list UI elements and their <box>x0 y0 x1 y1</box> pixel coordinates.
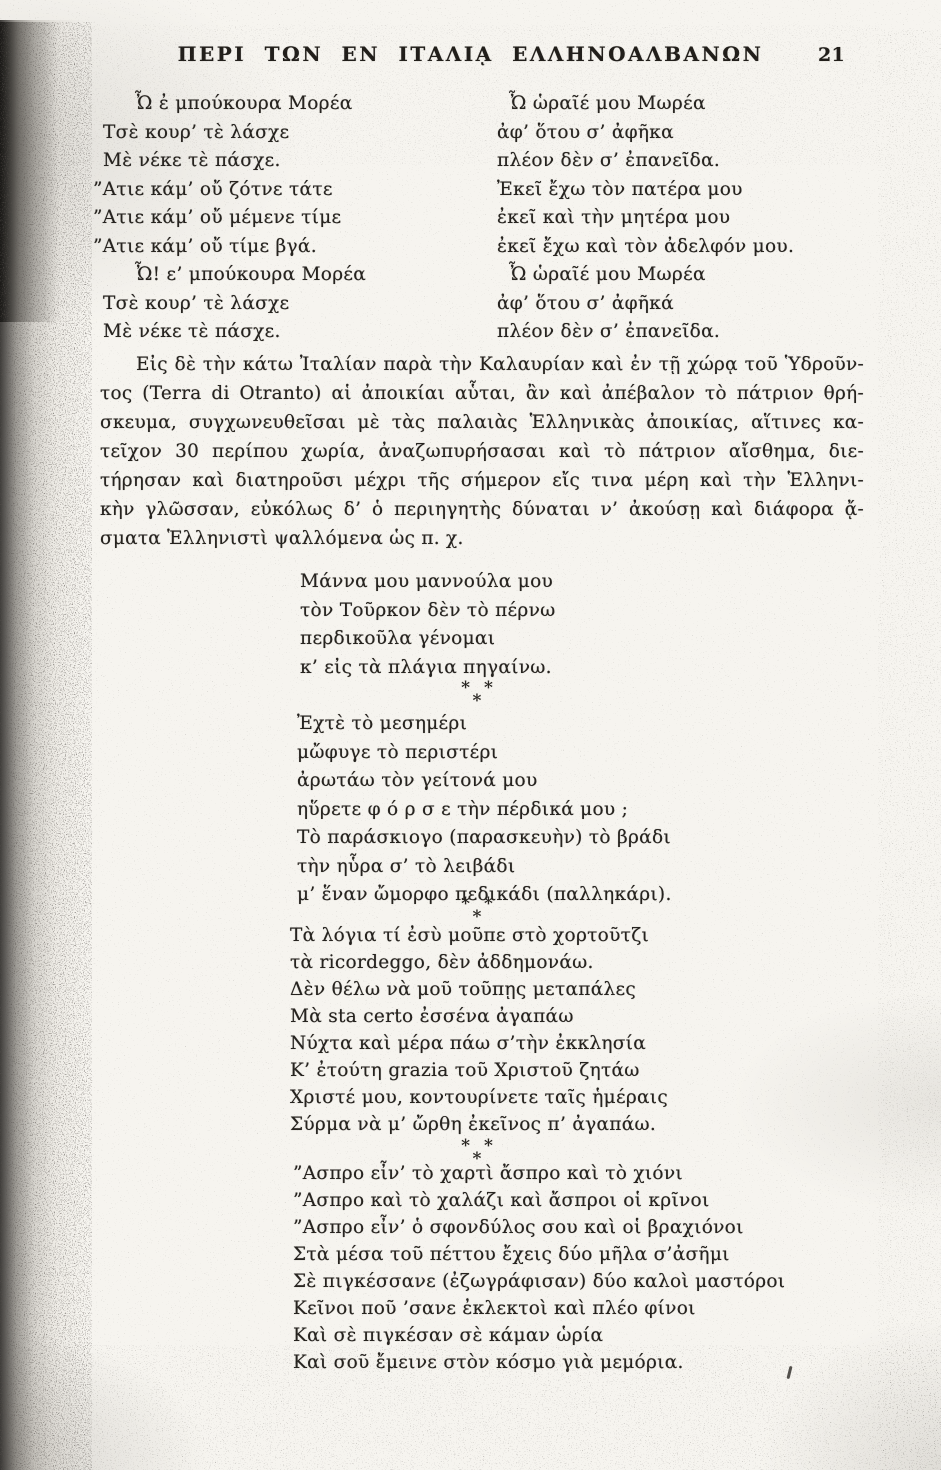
verse-line: ἀφ’ ὅτου σ’ ἀφῆκά <box>497 290 794 319</box>
prose-line: τος (Terra di Otranto) αἱ ἀποικίαι αὗται… <box>100 379 864 408</box>
verse-line: Τὸ παράσκιογο (παρασκευὴν) τὸ βράδι <box>297 824 672 853</box>
scan-binding-shadow <box>0 20 86 1470</box>
verse-line: πλέον δὲν σ’ ἐπανεῖδα. <box>497 318 794 347</box>
verse-line: ἐκεῖ καὶ τὴν μητέρα μου <box>497 204 794 233</box>
verse-line: ”Ατιε κάμ’ οὔ τίμε βγά. <box>93 233 366 262</box>
prose-line: Εἰς δὲ τὴν κάτω Ἰταλίαν παρὰ τὴν Καλαυρί… <box>100 350 864 379</box>
page-title: ΠΕΡΙ ΤΩΝ ΕΝ ΙΤΑΛΙᾼ ΕΛΛΗΝΟΑΛΒΑΝΩΝ <box>178 42 764 66</box>
verse-line: Δὲν θέλω νὰ μοῦ τοῦπῃς μεταπάλες <box>290 976 668 1003</box>
verse-line: Κ’ ἐτούτη grazia τοῦ Χριστοῦ ζητάω <box>290 1057 668 1084</box>
verse-line: ”Ατιε κάμ’ οὔ ζότνε τάτε <box>93 176 366 205</box>
page-header: ΠΕΡΙ ΤΩΝ ΕΝ ΙΤΑΛΙᾼ ΕΛΛΗΝΟΑΛΒΑΝΩΝ <box>0 42 941 66</box>
scanned-book-page: ΠΕΡΙ ΤΩΝ ΕΝ ΙΤΑΛΙᾼ ΕΛΛΗΝΟΑΛΒΑΝΩΝ 21 Ὦ ἐ … <box>0 0 941 1470</box>
verse-line: Ἐκεῖ ἔχω τὸν πατέρα μου <box>497 176 794 205</box>
verse-line: Καὶ σοῦ ἔμεινε στὸν κόσμο γιὰ μεμόρια. <box>293 1349 785 1376</box>
prose-paragraph: Εἰς δὲ τὴν κάτω Ἰταλίαν παρὰ τὴν Καλαυρί… <box>100 350 864 553</box>
prose-line: κὴν γλῶσσαν, εὐκόλως δ’ ὁ περιηγητὴς δύν… <box>100 495 864 524</box>
verse-line: τὴν ηὗρα σ’ τὸ λειβάδι <box>297 853 672 882</box>
verse-line: Κεῖνοι ποῦ ’σανε ἐκλεκτοὶ καὶ πλέο φίνοι <box>293 1295 785 1322</box>
page-number: 21 <box>818 44 845 66</box>
song-stanza-2: Ἐχτὲ τὸ μεσημέρι μὤφυγε τὸ περιστέρι ἀρω… <box>297 710 672 910</box>
poem-right-column: Ὦ ὡραῖέ μου Μωρέα ἀφ’ ὅτου σ’ ἀφῆκα πλέο… <box>497 90 794 347</box>
verse-line: ”Ασπρο εἶν’ ὁ σφονδύλος σου καὶ οἱ βραχι… <box>293 1214 785 1241</box>
verse-line: Μάννα μου μαννούλα μου <box>300 568 556 597</box>
verse-line: Στὰ μέσα τοῦ πέττου ἔχεις δύο μῆλα σ’ἀσῆ… <box>293 1241 785 1268</box>
verse-line: Μὰ sta certo ἐσσένα ἀγαπάω <box>290 1003 668 1030</box>
verse-line: Ὦ ὡραῖέ μου Μωρέα <box>497 90 794 119</box>
scan-binding-shadow-top <box>0 22 70 322</box>
verse-line: Σὲ πιγκέσσανε (ἐζωγράφισαν) δύο καλοὶ μα… <box>293 1268 785 1295</box>
verse-line: ἐκεῖ ἔχω καὶ τὸν ἀδελφόν μου. <box>497 233 794 262</box>
verse-line: ”Ατιε κάμ’ οὔ μέμενε τίμε <box>93 204 366 233</box>
verse-line: ”Ασπρο καὶ τὸ χαλάζι καὶ ἄσπροι οἱ κρῖνο… <box>293 1187 785 1214</box>
verse-line: Μὲ νέκε τὲ πάσχε. <box>93 318 366 347</box>
verse-line: Τὰ λόγια τί ἐσὺ μοῦπε στὸ χορτοῦτζι <box>290 922 668 949</box>
stray-ink-mark <box>786 1366 792 1379</box>
verse-line: Σύρμα νὰ μ’ ὤρθη ἐκεῖνος π’ ἀγαπάω. <box>290 1111 668 1138</box>
verse-line: τὰ ricordeggo, δὲν ἀδδημονάω. <box>290 949 668 976</box>
prose-line: τεῖχον 30 περίπου χωρία, ἀναζωπυρήσασαι … <box>100 437 864 466</box>
verse-line: Ὦ ὡραῖέ μου Μωρέα <box>497 261 794 290</box>
verse-line: Τσὲ κουρ’ τὲ λάσχε <box>93 290 366 319</box>
verse-line: ”Ασπρο εἶν’ τὸ χαρτὶ ἄσπρο καὶ τὸ χιόνι <box>293 1160 785 1187</box>
stanza-separator: * * * <box>450 898 508 924</box>
verse-line: ἀρωτάω τὸν γείτονά μου <box>297 767 672 796</box>
poem-left-column: Ὦ ἐ μπούκουρα Μορέα Τσὲ κουρ’ τὲ λάσχε Μ… <box>93 90 366 347</box>
prose-line: σκευμα, συγχωνευθεῖσαι μὲ τὰς παλαιὰς Ἑλ… <box>100 408 864 437</box>
verse-line: ηὕρετε φ ό ρ σ ε τὴν πέρδικά μου ; <box>297 796 672 825</box>
prose-line: τήρησαν καὶ διατηροῦσι μέχρι τῆς σήμερον… <box>100 466 864 495</box>
verse-line: Χριστέ μου, κοντουρίνετε ταῖς ἡμέραις <box>290 1084 668 1111</box>
song-stanza-3: Τὰ λόγια τί ἐσὺ μοῦπε στὸ χορτοῦτζι τὰ r… <box>290 922 668 1138</box>
verse-line: Καὶ σὲ πιγκέσαν σὲ κάμαν ὡρία <box>293 1322 785 1349</box>
verse-line: Τσὲ κουρ’ τὲ λάσχε <box>93 119 366 148</box>
song-stanza-1: Μάννα μου μαννούλα μου τὸν Τοῦρκον δὲν τ… <box>300 568 556 682</box>
verse-line: Μὲ νέκε τὲ πάσχε. <box>93 147 366 176</box>
verse-line: μὤφυγε τὸ περιστέρι <box>297 739 672 768</box>
separator-star-bottom: * <box>450 695 508 708</box>
song-stanza-4: ”Ασπρο εἶν’ τὸ χαρτὶ ἄσπρο καὶ τὸ χιόνι … <box>293 1160 785 1376</box>
stanza-separator: * * * <box>450 682 508 708</box>
verse-line: Ὦ! ε’ μπούκουρα Μορέα <box>93 261 366 290</box>
verse-line: τὸν Τοῦρκον δὲν τὸ πέρνω <box>300 597 556 626</box>
verse-line: κ’ εἰς τὰ πλάγια πηγαίνω. <box>300 654 556 683</box>
verse-line: Νύχτα καὶ μέρα πάω σ’τὴν ἐκκλησία <box>290 1030 668 1057</box>
verse-line: Ὦ ἐ μπούκουρα Μορέα <box>93 90 366 119</box>
verse-line: περδικοῦλα γένομαι <box>300 625 556 654</box>
verse-line: Ἐχτὲ τὸ μεσημέρι <box>297 710 672 739</box>
prose-line: σματα Ἑλληνιστὶ ψαλλόμενα ὡς π. χ. <box>100 524 864 553</box>
verse-line: ἀφ’ ὅτου σ’ ἀφῆκα <box>497 119 794 148</box>
verse-line: πλέον δὲν σ’ ἐπανεῖδα. <box>497 147 794 176</box>
